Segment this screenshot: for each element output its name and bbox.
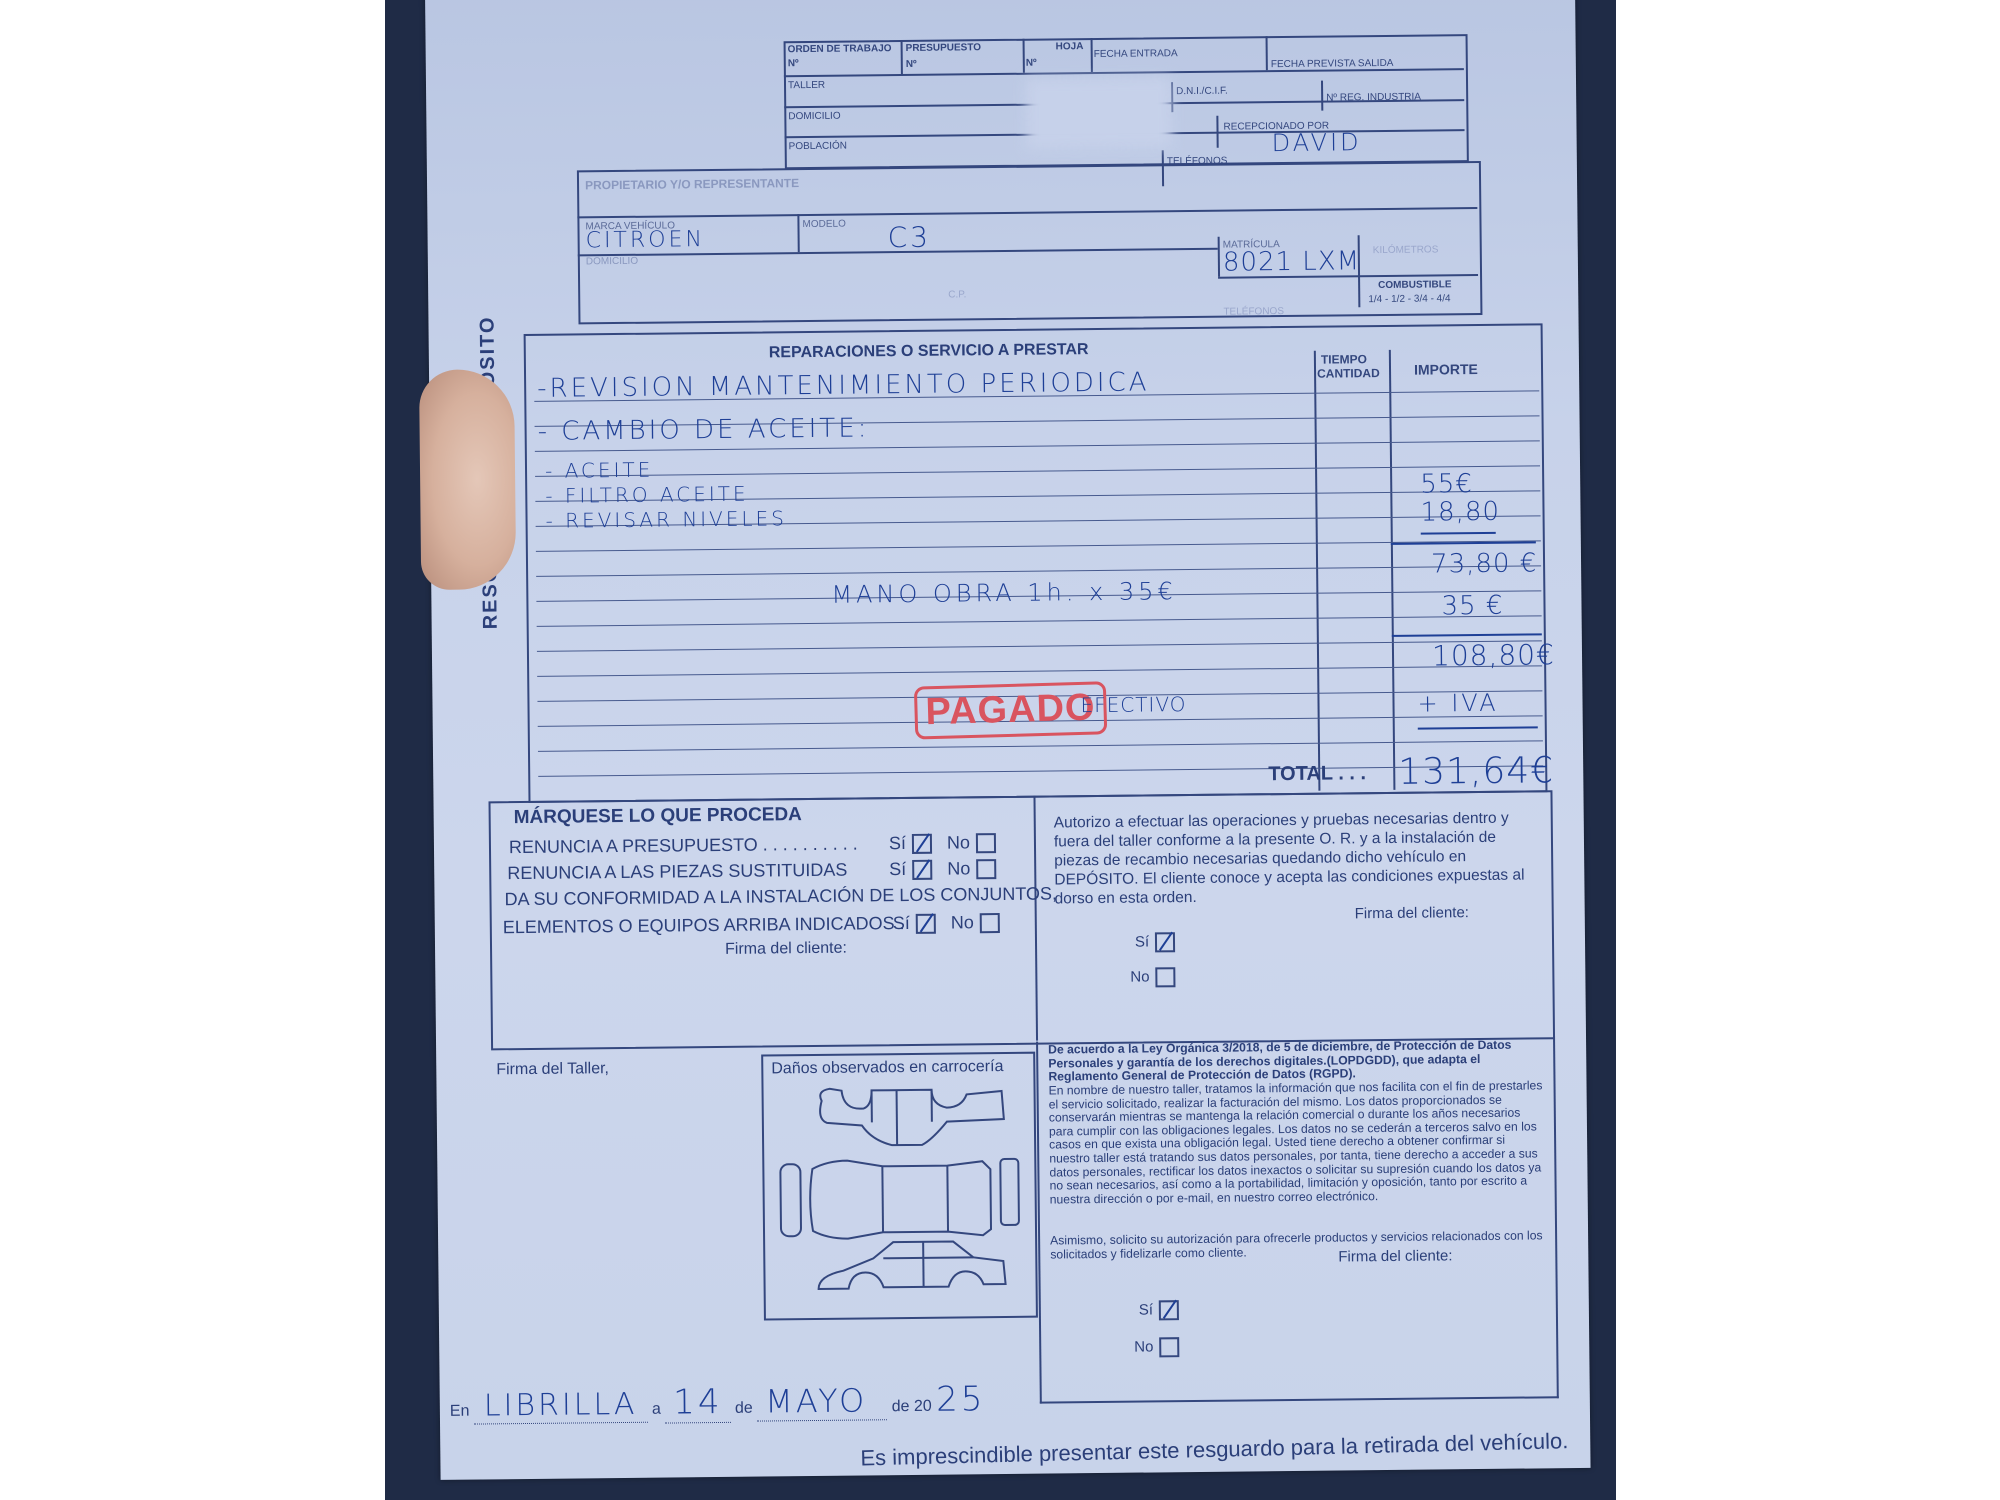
checkbox-authorization-no[interactable] — [1155, 967, 1175, 987]
repair-line: - REVISAR NIVELES — [545, 506, 787, 533]
combustible-label: COMBUSTIBLE — [1378, 279, 1451, 291]
col-cantidad: CANTIDAD — [1317, 366, 1380, 381]
hoja-number: Nº — [1026, 58, 1037, 69]
kilometros-label: KILÓMETROS — [1373, 244, 1439, 256]
orden-trabajo-label: ORDEN DE TRABAJO — [788, 43, 892, 55]
tax-note: + IVA — [1417, 689, 1498, 718]
labour-line: MANO OBRA 1h. x 35€ — [831, 577, 1177, 609]
repair-line: -REVISION MANTENIMIENTO PERIODICA — [537, 367, 1150, 403]
poblacion-label: POBLACIÓN — [789, 141, 847, 153]
footer-note: Es imprescindible presentar este resguar… — [860, 1428, 1568, 1471]
place-value: LIBRILLA — [474, 1387, 648, 1425]
propietario-label: PROPIETARIO Y/O REPRESENTANTE — [585, 176, 799, 192]
modelo-label: MODELO — [802, 219, 845, 230]
damage-title: Daños observados en carrocería — [771, 1058, 1003, 1078]
modelo-value: C3 — [887, 221, 931, 254]
option-renuncia-presupuesto: RENUNCIA A PRESUPUESTO . . . . . . . . .… — [509, 834, 858, 859]
privacy-body: En nombre de nuestro taller, tratamos la… — [1048, 1079, 1544, 1207]
cp-label: C.P. — [948, 289, 966, 300]
orden-trabajo-number: Nº — [788, 58, 799, 69]
privacy-heading: De acuerdo a la Ley Orgánica 3/2018, de … — [1048, 1038, 1543, 1084]
repairs-title: REPARACIONES O SERVICIO A PRESTAR — [769, 341, 1089, 362]
repair-order-sheet: ORDEN DE TRABAJO Nº PRESUPUESTO Nº HOJA … — [425, 0, 1591, 1480]
checkbox-conformidad-si[interactable] — [916, 914, 936, 934]
privacy-consent: Asimismo, solicito su autorización para … — [1050, 1229, 1545, 1261]
hoja-label: HOJA — [1056, 41, 1084, 52]
checkbox-privacy-si[interactable] — [1159, 1300, 1179, 1320]
checkbox-privacy-no[interactable] — [1159, 1337, 1179, 1357]
domicilio-label: DOMICILIO — [788, 111, 840, 123]
repair-line: - FILTRO ACEITE — [545, 482, 749, 508]
authorization-firma-cliente: Firma del cliente: — [1355, 904, 1469, 922]
amount-filtro: 18,80 — [1420, 497, 1500, 528]
total-label: TOTAL . . . — [1268, 762, 1366, 786]
thumb — [419, 369, 516, 590]
combustible-scale: 1/4 - 1/2 - 3/4 - 4/4 — [1368, 293, 1450, 305]
option-renuncia-piezas: RENUNCIA A LAS PIEZAS SUSTITUIDAS — [507, 860, 847, 885]
fecha-prevista-label: FECHA PREVISTA SALIDA — [1271, 58, 1394, 70]
owner-telefonos-label: TELÉFONOS — [1223, 306, 1284, 318]
subtotal-parts: 73,80 € — [1431, 548, 1538, 579]
payment-method: EFECTIVO — [1080, 692, 1186, 717]
year-value: 25 — [936, 1379, 986, 1420]
car-diagram-icon — [771, 1079, 1028, 1312]
date-line: En LIBRILLA a 14 de MAYO de 20 25 — [450, 1379, 986, 1425]
presupuesto-label: PRESUPUESTO — [906, 42, 982, 54]
total-value: 131,64€ — [1398, 750, 1554, 793]
checkbox-presupuesto-si[interactable] — [912, 834, 932, 854]
fecha-entrada-label: FECHA ENTRADA — [1094, 48, 1178, 60]
options-firma-cliente: Firma del cliente: — [725, 940, 847, 959]
amount-aceite: 55€ — [1420, 469, 1473, 500]
redacted-area — [1026, 77, 1172, 149]
reg-industria-label: Nº REG. INDUSTRIA — [1326, 92, 1421, 104]
checkbox-authorization-si[interactable] — [1155, 932, 1175, 952]
labour-amount: 35 € — [1441, 591, 1503, 622]
recepcionado-value: DAVID — [1272, 128, 1362, 157]
workshop-signature-label: Firma del Taller, — [496, 1060, 609, 1079]
taller-label: TALLER — [788, 80, 825, 91]
repair-line: - ACEITE — [545, 458, 654, 483]
privacy-firma-cliente: Firma del cliente: — [1338, 1247, 1452, 1265]
photo-background: ORDEN DE TRABAJO Nº PRESUPUESTO Nº HOJA … — [385, 0, 1616, 1500]
checkbox-piezas-no[interactable] — [976, 859, 996, 879]
authorization-text: Autorizo a efectuar las operaciones y pr… — [1054, 808, 1535, 908]
options-title: MÁRQUESE LO QUE PROCEDA — [514, 804, 802, 829]
presupuesto-number: Nº — [906, 59, 917, 70]
matricula-value: 8021 LXM — [1223, 246, 1360, 277]
marca-value: CITROEN — [586, 227, 706, 253]
checkbox-conformidad-no[interactable] — [980, 913, 1000, 933]
dni-label: D.N.I./C.I.F. — [1176, 86, 1228, 98]
col-tiempo: TIEMPO — [1321, 352, 1367, 366]
month-value: MAYO — [757, 1381, 887, 1421]
checkbox-presupuesto-no[interactable] — [976, 833, 996, 853]
owner-domicilio-label: DOMICILIO — [586, 256, 638, 268]
repair-line: - CAMBIO DE ACEITE: — [537, 413, 869, 446]
option-conformidad-line2: ELEMENTOS O EQUIPOS ARRIBA INDICADOS . — [503, 913, 905, 938]
subtotal: 108,80€ — [1432, 638, 1555, 672]
col-importe: IMPORTE — [1414, 361, 1478, 378]
day-value: 14 — [665, 1382, 731, 1424]
checkbox-piezas-si[interactable] — [912, 860, 932, 880]
paid-stamp: PAGADO — [914, 681, 1107, 739]
